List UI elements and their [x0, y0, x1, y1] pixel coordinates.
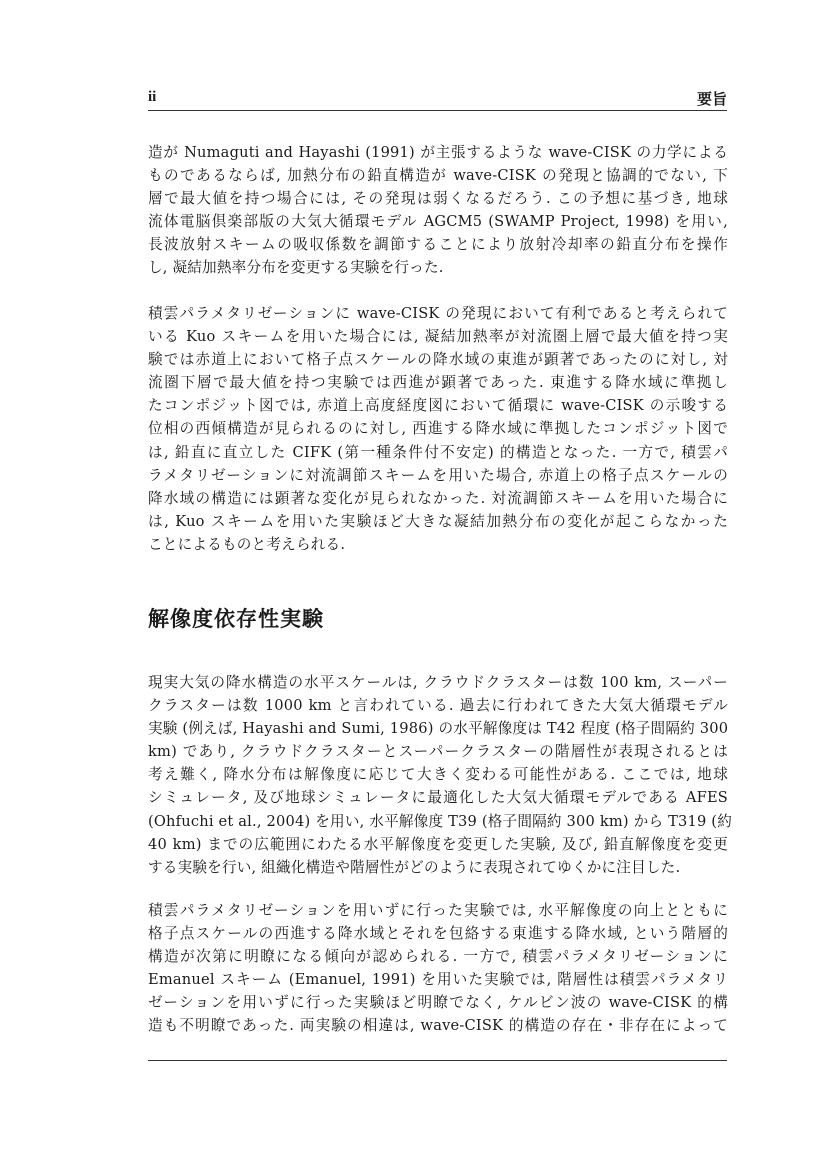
text-line: 積雲パラメタリゼーションを用いずに行った実験では, 水平解像度の向上とともに: [148, 899, 728, 922]
paragraph-2: 積雲パラメタリゼーションに wave-CISK の発現において有利であると考えら…: [148, 302, 728, 556]
text-line: クラスターは数 1000 km と言われている. 過去に行われてきた大気大循環モ…: [148, 694, 728, 717]
paragraph-3: 現実大気の降水構造の水平スケールは, クラウドクラスターは数 100 km, ス…: [148, 671, 728, 879]
paragraph-4: 積雲パラメタリゼーションを用いずに行った実験では, 水平解像度の向上とともに 格…: [148, 899, 728, 1038]
text-line: 降水域の構造には顕著な変化が見られなかった. 対流調節スキームを用いた場合に: [148, 487, 728, 510]
section-heading: 解像度依存性実験: [148, 603, 324, 633]
text-line: し, 凝結加熱率分布を変更する実験を行った.: [148, 256, 728, 279]
text-line: たコンポジット図では, 赤道上高度経度図において循環に wave-CISK の示…: [148, 394, 728, 417]
text-line: 40 km) までの広範囲にわたる水平解像度を変更した実験, 及び, 鉛直解像度…: [148, 833, 728, 856]
text-line: 層で最大値を持つ場合には, その発現は弱くなるだろう. この予想に基づき, 地球: [148, 187, 728, 210]
text-line: 流体電脳倶楽部版の大気大循環モデル AGCM5 (SWAMP Project, …: [148, 210, 728, 233]
text-line: ものであるならば, 加熱分布の鉛直構造が wave-CISK の発現と協調的でな…: [148, 164, 728, 187]
text-line: 積雲パラメタリゼーションに wave-CISK の発現において有利であると考えら…: [148, 302, 728, 325]
text-line: 長波放射スキームの吸収係数を調節することにより放射冷却率の鉛直分布を操作: [148, 233, 728, 256]
text-line: 現実大気の降水構造の水平スケールは, クラウドクラスターは数 100 km, ス…: [148, 671, 728, 694]
page-header: ii 要旨: [148, 88, 727, 111]
text-line: 実験 (例えば, Hayashi and Sumi, 1986) の水平解像度は…: [148, 717, 728, 740]
text-line: 造も不明瞭であった. 両実験の相違は, wave-CISK 的構造の存在・非存在…: [148, 1014, 728, 1037]
text-line: 考え難く, 降水分布は解像度に応じて大きく変わる可能性がある. ここでは, 地球: [148, 763, 728, 786]
text-line: 格子点スケールの西進する降水域とそれを包絡する東進する降水域, という階層的: [148, 922, 728, 945]
text-line: いる Kuo スキームを用いた場合には, 凝結加熱率が対流圏上層で最大値を持つ実: [148, 325, 728, 348]
text-line: ゼーションを用いずに行った実験ほど明瞭でなく, ケルビン波の wave-CISK…: [148, 991, 728, 1014]
text-line: (Ohfuchi et al., 2004) を用い, 水平解像度 T39 (格…: [148, 810, 728, 833]
text-line: ラメタリゼーションに対流調節スキームを用いた場合, 赤道上の格子点スケールの: [148, 464, 728, 487]
text-line: 構造が次第に明瞭になる傾向が認められる. 一方で, 積雲パラメタリゼーションに: [148, 945, 728, 968]
text-line: は, Kuo スキームを用いた実験ほど大きな凝結加熱分布の変化が起こらなかった: [148, 510, 728, 533]
text-line: km) であり, クラウドクラスターとスーパークラスターの階層性が表現されるとは: [148, 740, 728, 763]
text-line: 造が Numaguti and Hayashi (1991) が主張するような …: [148, 141, 728, 164]
text-line: 験では赤道上において格子点スケールの降水域の東進が顕著であったのに対し, 対: [148, 348, 728, 371]
running-title: 要旨: [697, 88, 727, 109]
footer-rule: [148, 1060, 727, 1061]
text-line: 流圏下層で最大値を持つ実験では西進が顕著であった. 東進する降水域に準拠し: [148, 371, 728, 394]
text-line: する実験を行い, 組織化構造や階層性がどのように表現されてゆくかに注目した.: [148, 856, 728, 879]
text-line: 位相の西傾構造が見られるのに対し, 西進する降水域に準拠したコンポジット図で: [148, 417, 728, 440]
text-line: Emanuel スキーム (Emanuel, 1991) を用いた実験では, 階…: [148, 968, 728, 991]
page-number: ii: [148, 89, 156, 106]
text-line: シミュレータ, 及び地球シミュレータに最適化した大気大循環モデルである AFES: [148, 786, 728, 809]
text-line: は, 鉛直に直立した CIFK (第一種条件付不安定) 的構造となった. 一方で…: [148, 441, 728, 464]
text-line: ことによるものと考えられる.: [148, 533, 728, 556]
paragraph-1: 造が Numaguti and Hayashi (1991) が主張するような …: [148, 141, 728, 280]
